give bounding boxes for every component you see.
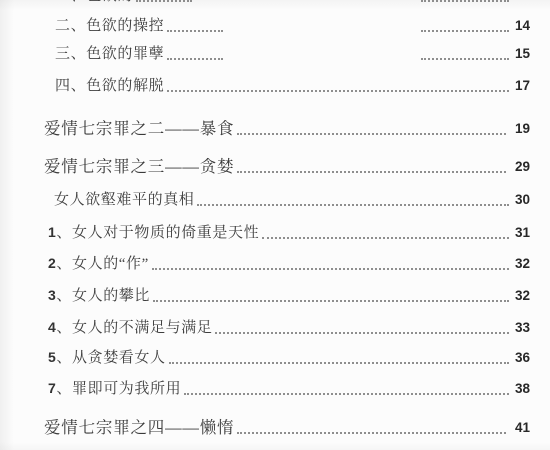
page-number: 32 bbox=[512, 254, 530, 274]
toc-entry-clipped: 一、色欲的 13 bbox=[0, 0, 550, 6]
toc-entry-label: 2、女人的“作” bbox=[48, 253, 149, 274]
toc-entry-label: 4、女人的不满足与满足 bbox=[48, 317, 212, 338]
page-number: 33 bbox=[512, 318, 530, 338]
toc-entry: 2、女人的“作” 32 bbox=[0, 254, 550, 274]
toc-entry: 7、罪即可为我所用 38 bbox=[0, 379, 550, 399]
dot-leader bbox=[421, 29, 509, 32]
toc-entry: 5、从贪婪看女人 36 bbox=[0, 348, 550, 368]
item-text: 、从贪婪看女人 bbox=[56, 350, 165, 366]
page-number: 36 bbox=[512, 348, 530, 368]
toc-section-heading: 爱情七宗罪之三——贪婪 29 bbox=[0, 157, 550, 177]
toc-entry-label: 女人欲壑难平的真相 bbox=[54, 190, 194, 210]
page-number: 30 bbox=[512, 190, 530, 210]
dot-leader bbox=[215, 331, 509, 334]
toc-section-heading: 爱情七宗罪之四——懒惰 41 bbox=[0, 418, 550, 438]
page-number: 13 bbox=[512, 0, 530, 6]
page-number: 31 bbox=[512, 223, 530, 243]
toc-entry: 三、色欲的罪孽 15 bbox=[0, 44, 550, 64]
item-text: 、女人的“作” bbox=[56, 256, 149, 272]
page-number: 32 bbox=[512, 286, 530, 306]
toc-entry: 四、色欲的解脱 17 bbox=[0, 76, 550, 96]
dot-leader bbox=[153, 299, 509, 302]
toc-entry: 女人欲壑难平的真相 30 bbox=[0, 190, 550, 210]
item-text: 、女人对于物质的倚重是天性 bbox=[56, 225, 259, 241]
toc-entry-label: 三、色欲的罪孽 bbox=[55, 44, 164, 64]
page-number: 17 bbox=[512, 76, 530, 96]
toc-entry: 二、色欲的操控 14 bbox=[0, 16, 550, 36]
toc-entry-label: 爱情七宗罪之二——暴食 bbox=[44, 119, 234, 139]
toc-page: 一、色欲的 13 二、色欲的操控 14 三、色欲的罪孽 15 四、色欲的解脱 1… bbox=[0, 0, 550, 450]
dot-leader bbox=[421, 0, 509, 2]
dot-leader bbox=[262, 236, 509, 239]
dot-leader bbox=[169, 361, 509, 364]
dot-leader bbox=[167, 57, 223, 60]
toc-entry-label: 5、从贪婪看女人 bbox=[48, 347, 166, 368]
dot-leader bbox=[237, 132, 506, 135]
toc-entry-label: 1、女人对于物质的倚重是天性 bbox=[48, 222, 259, 243]
toc-entry: 3、女人的攀比 32 bbox=[0, 286, 550, 306]
dot-leader bbox=[421, 57, 509, 60]
page-number: 38 bbox=[512, 379, 530, 399]
toc-entry-label: 二、色欲的操控 bbox=[55, 16, 164, 36]
toc-entry-label: 四、色欲的解脱 bbox=[55, 76, 164, 96]
dot-leader bbox=[136, 0, 192, 2]
dot-leader bbox=[197, 203, 509, 206]
page-number: 15 bbox=[512, 44, 530, 64]
toc-entry-label: 7、罪即可为我所用 bbox=[48, 378, 181, 399]
page-number: 41 bbox=[512, 418, 530, 438]
item-text: 、罪即可为我所用 bbox=[56, 381, 181, 397]
item-text: 、女人的攀比 bbox=[56, 288, 150, 304]
page-number: 14 bbox=[512, 16, 530, 36]
dot-leader bbox=[237, 170, 506, 173]
toc-entry-label: 一、色欲的 bbox=[55, 0, 133, 6]
dot-leader bbox=[184, 392, 509, 395]
page-number: 29 bbox=[512, 157, 530, 177]
toc-entry-label: 爱情七宗罪之四——懒惰 bbox=[44, 418, 234, 438]
toc-entry: 4、女人的不满足与满足 33 bbox=[0, 318, 550, 338]
dot-leader bbox=[167, 89, 509, 92]
toc-section-heading: 爱情七宗罪之二——暴食 19 bbox=[0, 119, 550, 139]
toc-entry-label: 爱情七宗罪之三——贪婪 bbox=[44, 157, 234, 177]
toc-entry: 1、女人对于物质的倚重是天性 31 bbox=[0, 223, 550, 243]
dot-leader bbox=[237, 431, 506, 434]
page-number: 19 bbox=[512, 119, 530, 139]
dot-leader bbox=[152, 267, 509, 270]
toc-entry-label: 3、女人的攀比 bbox=[48, 285, 150, 306]
item-text: 、女人的不满足与满足 bbox=[56, 320, 212, 336]
dot-leader bbox=[167, 29, 223, 32]
